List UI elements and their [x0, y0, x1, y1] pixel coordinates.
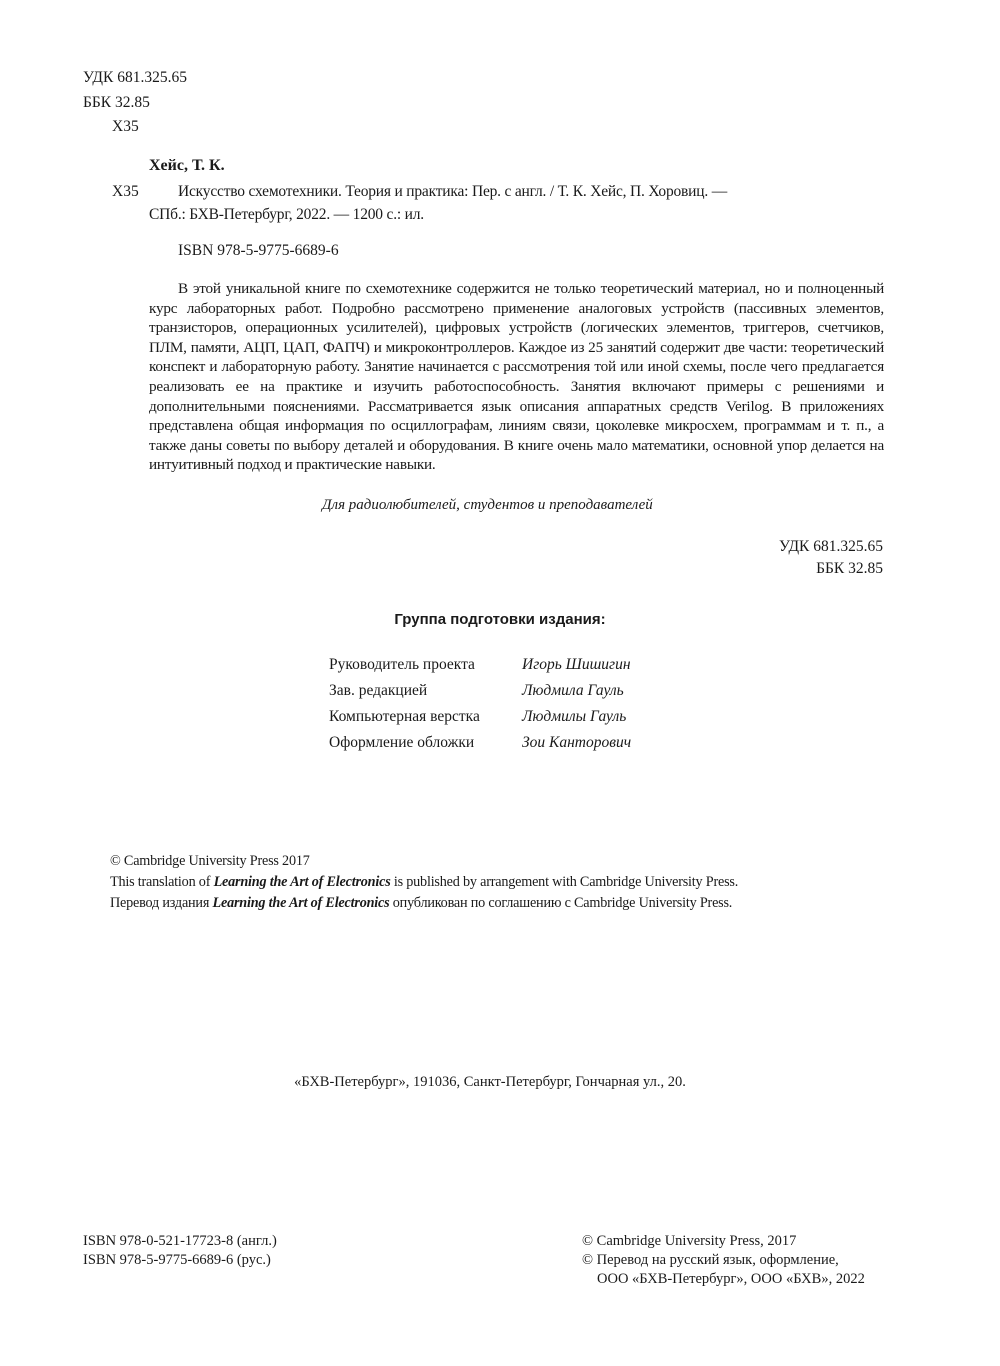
annotation-paragraph: В этой уникальной книге по схемотехнике … [149, 279, 884, 475]
udk-code: УДК 681.325.65 [83, 67, 187, 89]
translation-notice-ru: Перевод издания Learning the Art of Elec… [110, 895, 732, 912]
footer-copyright-publisher: ООО «БХВ-Петербург», ООО «БХВ», 2022 [597, 1271, 865, 1288]
author-mark: Х35 [112, 116, 139, 138]
group-title: Группа подготовки издания: [0, 611, 1000, 628]
footer-copyright-original: © Cambridge University Press, 2017 [582, 1233, 796, 1250]
author-mark-row: Х35 [112, 181, 139, 203]
footer-copyright-translation: © Перевод на русский язык, оформление, [582, 1252, 839, 1269]
bbk-code: ББК 32.85 [83, 92, 150, 114]
publisher-address-row: «БХВ-Петербург», 191036, Санкт-Петербург… [0, 1074, 1000, 1091]
credit-name: Зои Канторович [522, 734, 631, 752]
original-title: Learning the Art of Electronics [214, 874, 391, 890]
credit-role: Руководитель проекта [329, 656, 475, 674]
target-audience: Для радиолюбителей, студентов и преподав… [322, 497, 653, 514]
notice-text: опубликован по соглашению с Cambridge Un… [389, 895, 732, 911]
credit-row: Оформление обложки Зои Канторович [329, 734, 729, 760]
notice-text: This translation of [110, 874, 214, 890]
translation-notice-en: This translation of Learning the Art of … [110, 874, 738, 891]
notice-text: is published by arrangement with Cambrid… [391, 874, 739, 890]
bibliographic-line-2: СПб.: БХВ-Петербург, 2022. — 1200 с.: ил… [149, 204, 424, 226]
author-heading: Хейс, Т. К. [149, 157, 225, 175]
isbn-main: ISBN 978-5-9775-6689-6 [178, 240, 339, 262]
udk-code-right: УДК 681.325.65 [779, 536, 883, 558]
bibliographic-line-1: Искусство схемотехники. Теория и практик… [178, 181, 727, 203]
publisher-address: «БХВ-Петербург», 191036, Санкт-Петербург… [294, 1074, 686, 1090]
credit-name: Людмила Гауль [522, 682, 624, 700]
notice-text: Перевод издания [110, 895, 213, 911]
credit-role: Зав. редакцией [329, 682, 427, 700]
original-title: Learning the Art of Electronics [213, 895, 390, 911]
credit-name: Игорь Шишигин [522, 656, 631, 674]
credit-name: Людмилы Гауль [522, 708, 626, 726]
credit-row: Компьютерная верстка Людмилы Гауль [329, 708, 729, 734]
credit-row: Зав. редакцией Людмила Гауль [329, 682, 729, 708]
copyright-original: © Cambridge University Press 2017 [110, 853, 310, 870]
bbk-code-right: ББК 32.85 [816, 558, 883, 580]
credit-role: Оформление обложки [329, 734, 474, 752]
isbn-english: ISBN 978-0-521-17723-8 (англ.) [83, 1233, 277, 1250]
credit-role: Компьютерная верстка [329, 708, 480, 726]
credit-row: Руководитель проекта Игорь Шишигин [329, 656, 729, 682]
isbn-russian: ISBN 978-5-9775-6689-6 (рус.) [83, 1252, 271, 1269]
